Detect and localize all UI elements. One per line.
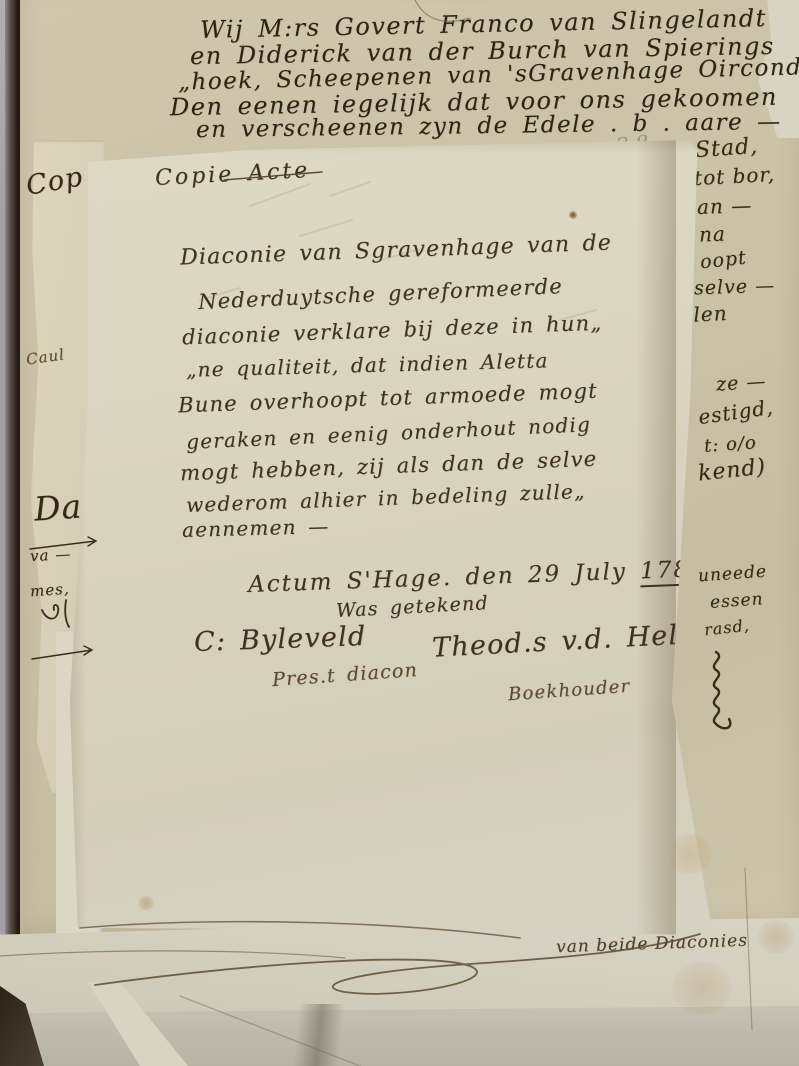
copy-body-line: mogt hebben, zij als dan de selve [180, 447, 598, 486]
signature-name: C: Byleveld [194, 621, 367, 658]
copy-body-line: Diaconie van Sgravenhage van de [180, 230, 613, 270]
right-fragment: an — [697, 193, 753, 219]
left-fragment: mes, [29, 580, 70, 601]
bottom-shadow-strip [293, 1004, 346, 1066]
signature-title: Boekhouder [507, 676, 631, 705]
copy-header: Copie Acte [154, 158, 310, 191]
datum-text: Actum S'Hage. den 29 July [248, 558, 641, 598]
right-fragment: Stad, [694, 134, 759, 163]
copy-body-line: „ne qualiteit, dat indien Aletta [186, 348, 549, 381]
manuscript-photo: Wij M:rs Govert Franco van Slingelandt e… [0, 0, 799, 1066]
copy-body-line: Bune overhoopt tot armoede mogt [178, 379, 598, 418]
copy-page: Copie Acte Diaconie van Sgravenhage van … [60, 132, 715, 944]
copy-page-fold-shade [636, 132, 675, 944]
copy-body-line: geraken en eenig onderhout nodig [186, 412, 592, 454]
right-fragment: essen [709, 589, 764, 613]
right-fragment: t: o/o [703, 432, 757, 457]
copy-body-line: wederom alhier in bedeling zulle„ [186, 479, 586, 517]
signature-title: Pres.t diacon [271, 659, 418, 691]
signed-label: Was getekend [336, 592, 490, 622]
left-fragment: Da [33, 486, 84, 528]
right-fragment: tot bor, [693, 162, 775, 190]
copy-body-line: diaconie verklare bij deze in hun„ [182, 311, 603, 350]
right-fragment: selve — [694, 275, 776, 300]
copy-body-line: aennemen — [182, 514, 330, 542]
left-fragment: va — [30, 545, 72, 565]
right-fragment: ze — [715, 370, 767, 395]
right-fragment: na [699, 222, 727, 247]
copy-body-line: Nederduytsche gereformeerde [198, 274, 564, 314]
